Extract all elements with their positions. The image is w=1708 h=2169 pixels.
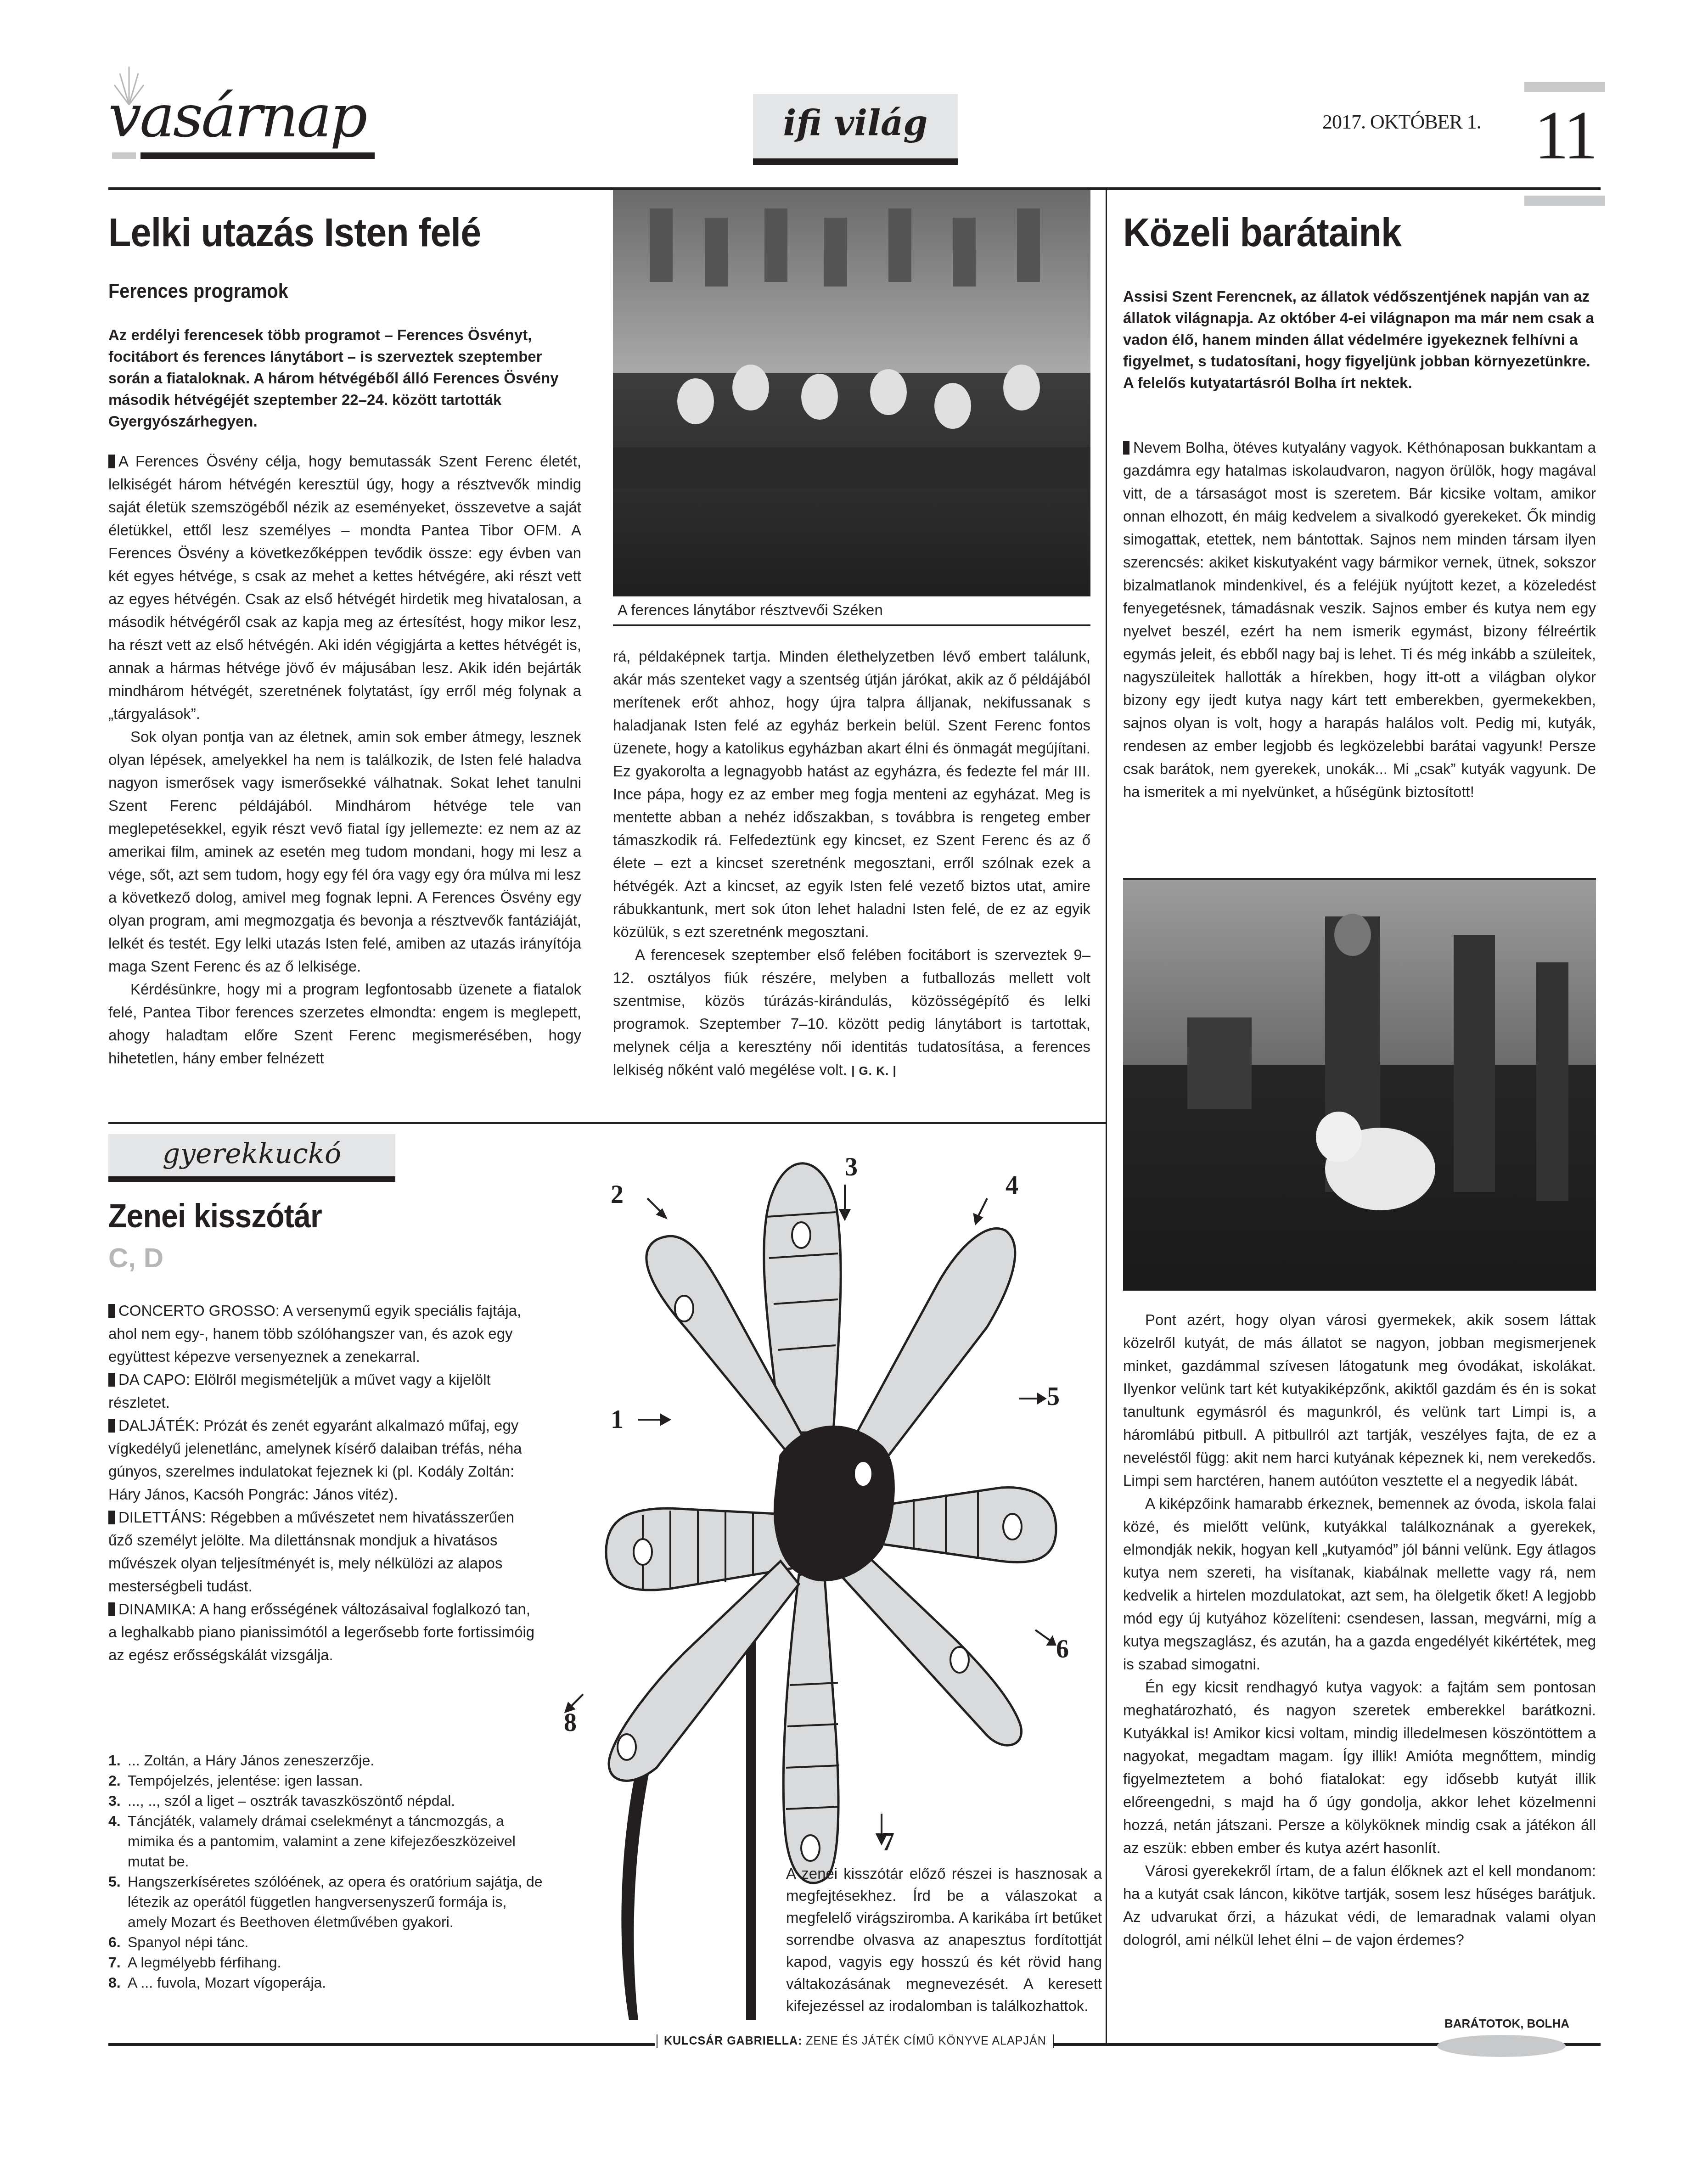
paragraph: A Ferences Ösvény célja, hogy bemutassák…	[108, 453, 581, 722]
section-tab-underline	[108, 1176, 395, 1182]
logo-underline	[140, 152, 375, 159]
source-attribution: KULCSÁR GABRIELLA: ZENE ÉS JÁTÉK CÍMŰ KÖ…	[657, 2034, 1054, 2048]
clue-text: A legmélyebb férfihang.	[128, 1952, 281, 1972]
section-divider	[108, 1122, 1107, 1124]
paragraph: Pont azért, hogy olyan városi gyermekek,…	[1123, 1311, 1596, 1489]
dictionary-entry: DINAMIKA: A hang erősségének változásaiv…	[108, 1598, 535, 1667]
logo-text: vasárnap	[108, 87, 366, 146]
source-author: KULCSÁR GABRIELLA:	[664, 2034, 802, 2047]
entry-term: DALJÁTÉK:	[118, 1417, 199, 1434]
entry-marker-icon	[108, 1304, 115, 1318]
paragraph: Én egy kicsit rendhagyó kutya vagyok: a …	[1123, 1679, 1596, 1856]
clue-text: Spanyol népi tánc.	[128, 1932, 248, 1952]
article-body: A Ferences Ösvény célja, hogy bemutassák…	[108, 450, 581, 1070]
masthead-logo: vasárnap	[108, 83, 384, 161]
dictionary-letters: C, D	[108, 1242, 163, 1274]
clue-item: 7.A legmélyebb férfihang.	[108, 1952, 549, 1972]
article-title: Lelki utazás Isten felé	[108, 210, 481, 255]
paragraph: Városi gyerekekről írtam, de a falun élő…	[1123, 1862, 1596, 1948]
signature-oval	[1437, 2035, 1566, 2057]
author-byline: | G. K. |	[851, 1064, 897, 1078]
footer-rule-left	[108, 2043, 655, 2046]
paragraph: Kérdésünkre, hogy mi a program legfontos…	[108, 981, 581, 1067]
petal-number-8: 8	[564, 1708, 577, 1737]
clue-item: 2.Tempójelzés, jelentése: igen lassan.	[108, 1770, 549, 1791]
entry-term: DINAMIKA:	[118, 1601, 196, 1618]
entry-marker-icon	[108, 1511, 115, 1524]
clue-number: 8.	[108, 1972, 128, 1993]
section-tab-underline	[753, 158, 958, 165]
entry-term: DA CAPO:	[118, 1371, 190, 1388]
article-body-continued: Pont azért, hogy olyan városi gyermekek,…	[1123, 1309, 1596, 1951]
entry-marker-icon	[108, 1373, 115, 1387]
paragraph: rá, példaképnek tartja. Minden élethelyz…	[613, 648, 1090, 940]
paragraph: A kiképzőink hamarabb érkeznek, bemennek…	[1123, 1495, 1596, 1673]
photo-girls-on-bench	[613, 190, 1090, 596]
article-body: Nevem Bolha, ötéves kutyalány vagyok. Ké…	[1123, 436, 1596, 804]
petal-number-7: 7	[882, 1828, 894, 1856]
section-tab-gyerekkucko: gyerekkuckó	[108, 1134, 395, 1176]
dictionary-entry: DILETTÁNS: Régebben a művészetet nem hiv…	[108, 1506, 535, 1598]
clue-item: 4.Táncjáték, valamely drámai cselekményt…	[108, 1811, 549, 1871]
entry-marker-icon	[108, 1419, 115, 1433]
paragraph-marker-icon	[108, 455, 115, 468]
column-divider	[1106, 1122, 1107, 2045]
clue-item: 8.A ... fuvola, Mozart vígoperája.	[108, 1972, 549, 1993]
clue-number: 4.	[108, 1811, 128, 1871]
puzzle-instructions: A zenei kisszótár előző részei is haszno…	[786, 1863, 1102, 2017]
entry-term: DILETTÁNS:	[118, 1509, 206, 1526]
article-signature: BARÁTOTOK, BOLHA	[1444, 2017, 1569, 2031]
dictionary-entries: CONCERTO GROSSO: A versenymű egyik speci…	[108, 1299, 535, 1667]
clue-number: 1.	[108, 1750, 128, 1770]
article-continuation: rá, példaképnek tartja. Minden élethelyz…	[613, 645, 1090, 1082]
clue-number: 6.	[108, 1932, 128, 1952]
entry-marker-icon	[108, 1602, 115, 1616]
paragraph: Nevem Bolha, ötéves kutyalány vagyok. Ké…	[1123, 439, 1596, 800]
clue-number: 5.	[108, 1871, 128, 1932]
section-title: ifi világ	[753, 102, 958, 143]
petal-number-6: 6	[1056, 1635, 1069, 1663]
dictionary-entry: DA CAPO: Elölről megismételjük a művet v…	[108, 1368, 535, 1414]
petal-number-5: 5	[1047, 1382, 1060, 1411]
clue-text: Hangszerkíséretes szólóének, az opera és…	[128, 1871, 549, 1932]
article-lead: Assisi Szent Ferencnek, az állatok védős…	[1123, 286, 1596, 393]
issue-date: 2017. OKTÓBER 1.	[1322, 110, 1481, 134]
photo-children-with-dog	[1123, 880, 1596, 1291]
petal-number-3: 3	[845, 1153, 858, 1181]
clue-text: ..., .., szól a liget – osztrák tavaszkö…	[128, 1791, 455, 1811]
clue-number: 3.	[108, 1791, 128, 1811]
clue-item: 5.Hangszerkíséretes szólóének, az opera …	[108, 1871, 549, 1932]
paragraph-marker-icon	[1123, 441, 1129, 455]
clue-item: 1.... Zoltán, a Háry János zeneszerzője.	[108, 1750, 549, 1770]
page-number-bottom-bar	[1524, 196, 1605, 206]
dictionary-entry: DALJÁTÉK: Prózát és zenét egyaránt alkal…	[108, 1414, 535, 1506]
photo-scene	[1123, 880, 1596, 1291]
clue-text: Táncjáték, valamely drámai cselekményt a…	[128, 1811, 549, 1871]
source-title: ZENE ÉS JÁTÉK CÍMŰ KÖNYVE ALAPJÁN	[806, 2034, 1046, 2047]
clue-text: A ... fuvola, Mozart vígoperája.	[128, 1972, 326, 1993]
logo-grey-block	[112, 152, 136, 159]
dictionary-title: Zenei kisszótár	[108, 1198, 322, 1235]
clue-number: 2.	[108, 1770, 128, 1791]
clue-item: 3...., .., szól a liget – osztrák tavasz…	[108, 1791, 549, 1811]
clue-text: Tempójelzés, jelentése: igen lassan.	[128, 1770, 363, 1791]
article-title: Közeli barátaink	[1123, 210, 1401, 255]
dictionary-entry: CONCERTO GROSSO: A versenymű egyik speci…	[108, 1299, 535, 1368]
petal-number-4: 4	[1006, 1171, 1018, 1200]
article-subtitle: Ferences programok	[108, 280, 288, 303]
puzzle-clues: 1.... Zoltán, a Háry János zeneszerzője.…	[108, 1750, 549, 1993]
clue-text: ... Zoltán, a Háry János zeneszerzője.	[128, 1750, 374, 1770]
photo-caption: A ferences lánytábor résztvevői Széken	[618, 601, 883, 619]
caption-rule	[613, 624, 1090, 626]
clue-item: 6.Spanyol népi tánc.	[108, 1932, 549, 1952]
entry-term: CONCERTO GROSSO:	[118, 1302, 280, 1319]
paragraph: A ferencesek szeptember első felében foc…	[613, 946, 1090, 1078]
page-number: 11	[1524, 101, 1605, 170]
paragraph: Sok olyan pontja van az életnek, amin so…	[108, 728, 581, 975]
section-title: gyerekkuckó	[108, 1138, 395, 1170]
article-lead: Az erdélyi ferencesek több programot – F…	[108, 324, 581, 432]
petal-number-1: 1	[611, 1405, 624, 1434]
section-tab: ifi világ	[753, 94, 958, 158]
clue-number: 7.	[108, 1952, 128, 1972]
column-divider	[1106, 190, 1107, 1122]
page-number-top-bar	[1524, 82, 1605, 92]
petal-number-2: 2	[611, 1180, 624, 1209]
photo-scene	[613, 190, 1090, 596]
